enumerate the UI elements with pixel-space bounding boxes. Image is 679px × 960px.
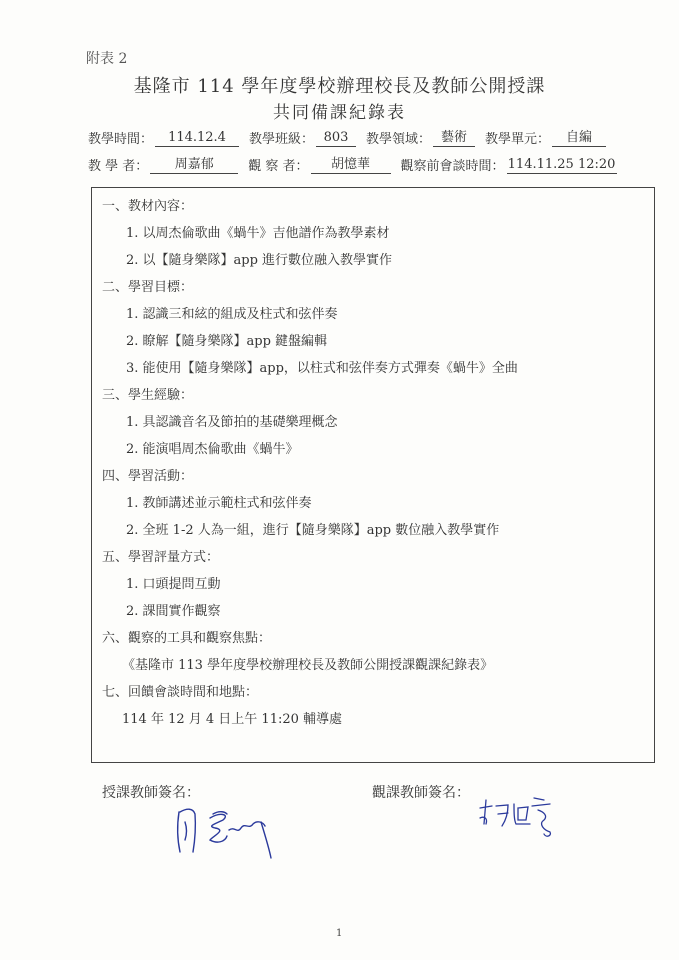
teacher-signature-icon xyxy=(165,800,305,860)
section-heading: 六、觀察的工具和觀察焦點： xyxy=(102,627,271,646)
section-item: 2. 以【隨身樂隊】app 進行數位融入教學實作 xyxy=(126,249,392,268)
section-item: 1. 認識三和絃的組成及柱式和弦伴奏 xyxy=(126,303,338,322)
info-row-1: 教學時間： 114.12.4 教學班級： 803 教學領域： 藝術 教學單元： … xyxy=(88,128,616,147)
teaching-domain-value: 藝術 xyxy=(433,130,475,147)
section-heading: 七、回饋會談時間和地點： xyxy=(102,681,258,700)
document-subtitle: 共同備課紀錄表 xyxy=(0,98,679,123)
observer-label: 觀 察 者： xyxy=(248,155,308,174)
section-item: 1. 口頭提問互動 xyxy=(126,573,221,592)
teacher-signature-label: 授課教師簽名： xyxy=(102,782,200,802)
section-item: 《基隆市 113 學年度學校辦理校長及教師公開授課觀課紀錄表》 xyxy=(122,654,493,673)
annex-label: 附表 2 xyxy=(86,48,127,68)
observer-value: 胡憶華 xyxy=(311,157,391,174)
observer-signature-label: 觀課教師簽名： xyxy=(372,782,470,802)
section-item: 114 年 12 月 4 日上午 11:20 輔導處 xyxy=(122,708,342,727)
document-title: 基隆市 114 學年度學校辦理校長及教師公開授課 xyxy=(0,72,679,98)
teaching-time-value: 114.12.4 xyxy=(155,130,239,147)
section-item: 2. 瞭解【隨身樂隊】app 鍵盤編輯 xyxy=(126,330,327,349)
teaching-time-label: 教學時間： xyxy=(88,128,153,147)
section-heading: 三、學生經驗： xyxy=(102,384,193,403)
section-heading: 五、學習評量方式： xyxy=(102,546,219,565)
teaching-class-label: 教學班級： xyxy=(249,128,314,147)
section-item: 1. 以周杰倫歌曲《蝸牛》吉他譜作為教學素材 xyxy=(126,222,390,241)
pre-conference-time-value: 114.11.25 12:20 xyxy=(507,157,617,174)
section-item: 2. 課間實作觀察 xyxy=(126,600,221,619)
section-item: 1. 具認識音名及節拍的基礎樂理概念 xyxy=(126,411,338,430)
teacher-value: 周嘉郁 xyxy=(150,157,238,174)
teaching-domain-label: 教學領域： xyxy=(366,128,431,147)
section-heading: 一、教材內容： xyxy=(102,195,193,214)
info-row-2: 教 學 者： 周嘉郁 觀 察 者： 胡憶華 觀察前會談時間： 114.11.25… xyxy=(88,155,627,174)
section-item: 1. 教師講述並示範柱式和弦伴奏 xyxy=(126,492,312,511)
teaching-unit-label: 教學單元： xyxy=(485,128,550,147)
teaching-class-value: 803 xyxy=(316,130,356,147)
section-heading: 四、學習活動： xyxy=(102,465,193,484)
section-item: 2. 能演唱周杰倫歌曲《蝸牛》 xyxy=(126,438,299,457)
section-item: 3. 能使用【隨身樂隊】app，以柱式和弦伴奏方式彈奏《蝸牛》全曲 xyxy=(126,357,518,376)
pre-conference-time-label: 觀察前會談時間： xyxy=(401,155,505,174)
page-number: 1 xyxy=(336,928,342,939)
teacher-label: 教 學 者： xyxy=(88,155,148,174)
section-item: 2. 全班 1-2 人為一組，進行【隨身樂隊】app 數位融入教學實作 xyxy=(126,519,499,538)
section-heading: 二、學習目標： xyxy=(102,276,193,295)
observer-signature-icon xyxy=(470,790,570,840)
teaching-unit-value: 自編 xyxy=(552,130,606,147)
